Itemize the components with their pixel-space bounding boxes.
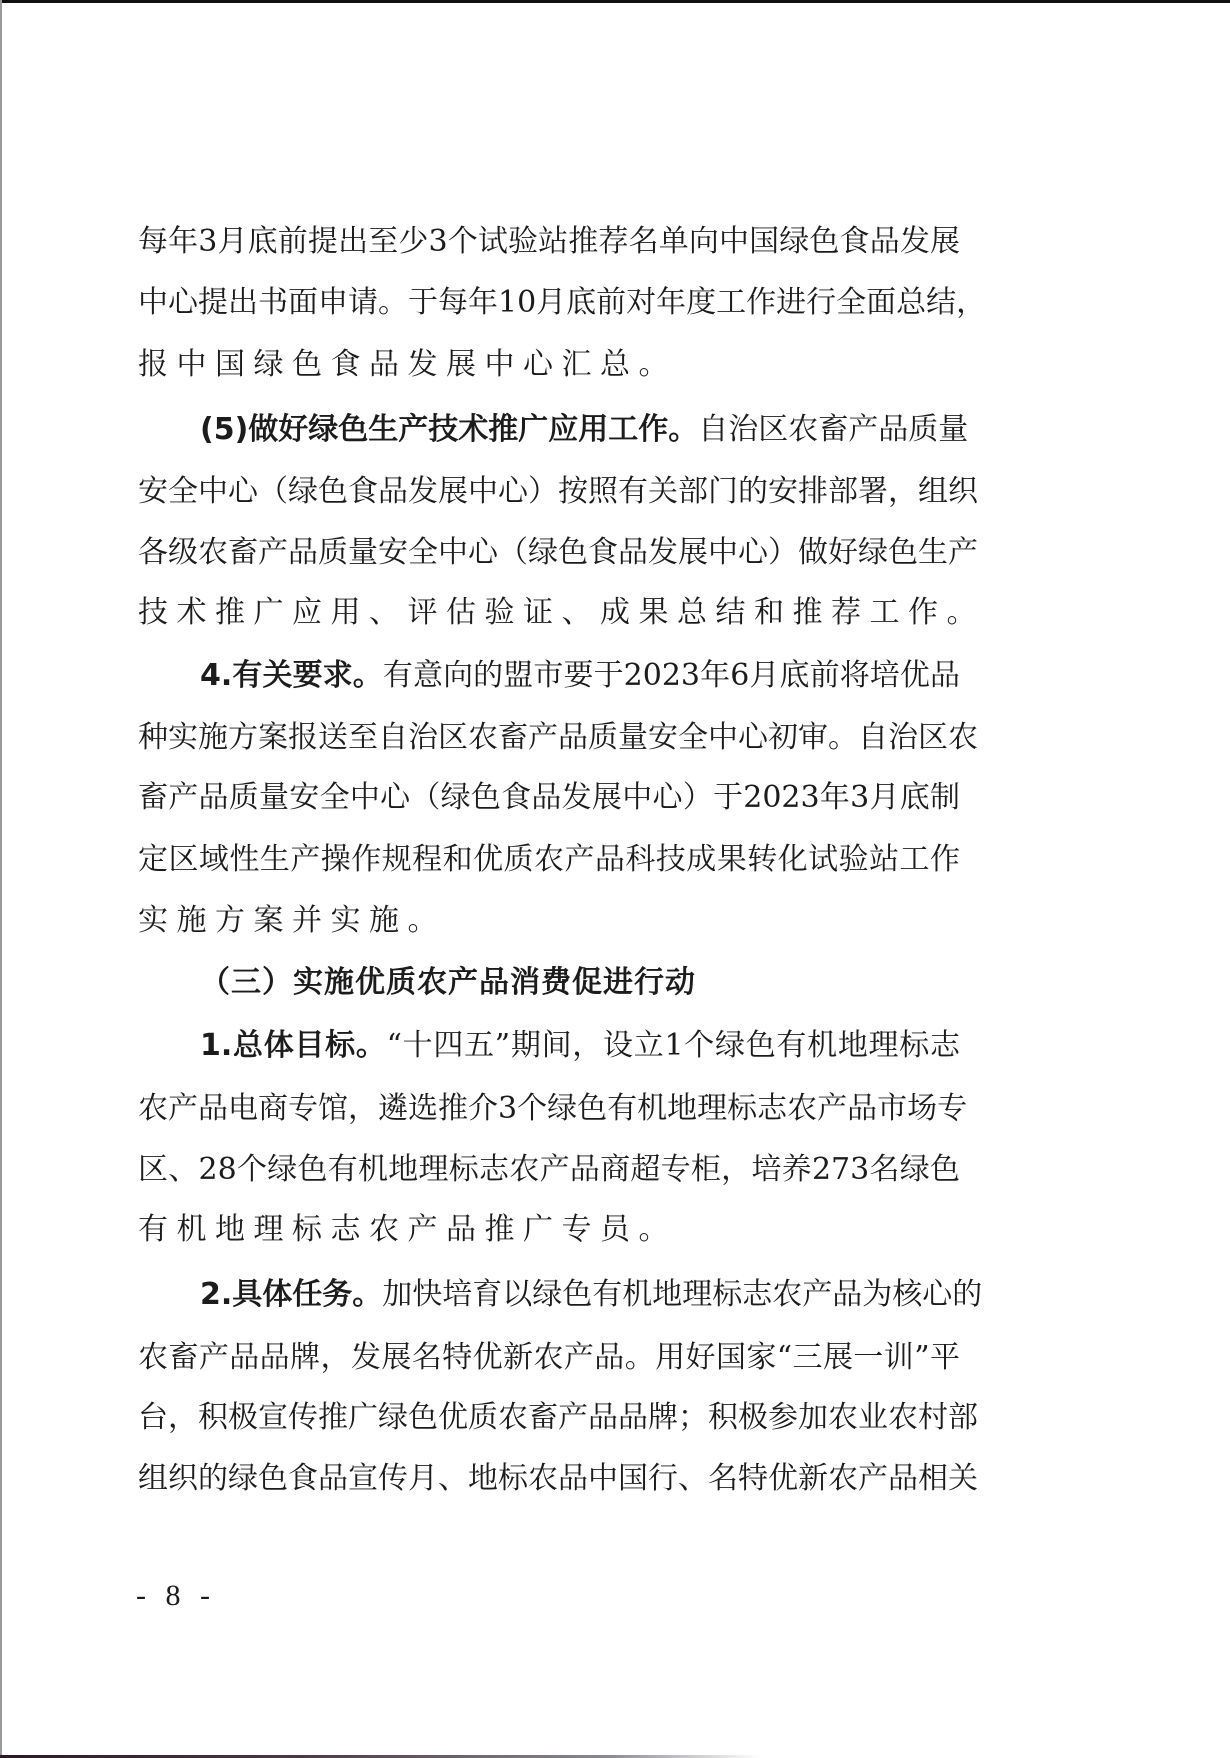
line-text: 报中国绿色食品发展中心汇总。 (138, 347, 677, 382)
line-text: 有意向的盟市要于2023年6月底前将培优品 (383, 658, 960, 693)
line-text: 农畜产品品牌，发展名特优新农产品。用好国家“三展一训”平 (138, 1340, 960, 1375)
line-text: 定区域性生产操作规程和优质农产品科技成果转化试验站工作 (138, 842, 960, 877)
paragraph-line: 技术推广应用、评估验证、成果总结和推荐工作。 (138, 589, 960, 637)
item-heading: (5)做好绿色生产技术推广应用工作。 (200, 412, 698, 447)
line-text: 台，积极宣传推广绿色优质农畜产品品牌；积极参加农业农村部 (138, 1400, 978, 1435)
paragraph-line: 1.总体目标。“十四五”期间，设立1个绿色有机地理标志 (138, 1022, 960, 1070)
paragraph-line: 有机地理标志农产品推广专员。 (138, 1206, 960, 1254)
line-text: 各级农畜产品质量安全中心（绿色食品发展中心）做好绿色生产 (138, 535, 978, 570)
line-text: 组织的绿色食品宣传月、地标农品中国行、名特优新农产品相关 (138, 1461, 978, 1496)
paragraph-line: 农畜产品品牌，发展名特优新农产品。用好国家“三展一训”平 (138, 1334, 960, 1382)
line-text: 有机地理标志农产品推广专员。 (138, 1212, 677, 1247)
line-text: 种实施方案报送至自治区农畜产品质量安全中心初审。自治区农 (138, 720, 978, 755)
line-text: 区、28个绿色有机地理标志农产品商超专柜，培养273名绿色 (138, 1152, 960, 1187)
paragraph-line: 每年3月底前提出至少3个试验站推荐名单向中国绿色食品发展 (138, 218, 960, 266)
section-title: （三）实施优质农产品消费促进行动 (200, 965, 696, 1000)
paragraph-line: (5)做好绿色生产技术推广应用工作。自治区农畜产品质量 (138, 406, 960, 454)
line-text: 中心提出书面申请。于每年10月底前对年度工作进行全面总结， (138, 285, 986, 320)
line-text: 自治区农畜产品质量 (698, 412, 968, 447)
paragraph-line: 农产品电商专馆，遴选推介3个绿色有机地理标志农产品市场专 (138, 1085, 960, 1133)
item-heading: 1.总体目标。 (200, 1028, 387, 1063)
paragraph-line: 定区域性生产操作规程和优质农产品科技成果转化试验站工作 (138, 836, 960, 884)
line-text: 农产品电商专馆，遴选推介3个绿色有机地理标志农产品市场专 (138, 1091, 967, 1126)
item-heading: 4.有关要求。 (200, 658, 383, 693)
paragraph-line: 报中国绿色食品发展中心汇总。 (138, 341, 960, 389)
scan-edge-left (0, 0, 2, 1758)
line-text: 实施方案并实施。 (138, 903, 446, 938)
paragraph-line: 安全中心（绿色食品发展中心）按照有关部门的安排部署，组织 (138, 468, 960, 516)
paragraph-line: 畜产品质量安全中心（绿色食品发展中心）于2023年3月底制 (138, 774, 960, 822)
line-text: 加快培育以绿色有机地理标志农产品为核心的 (382, 1277, 982, 1312)
paragraph-line: 中心提出书面申请。于每年10月底前对年度工作进行全面总结， (138, 279, 960, 327)
paragraph-line: 实施方案并实施。 (138, 897, 960, 945)
paragraph-line: 4.有关要求。有意向的盟市要于2023年6月底前将培优品 (138, 652, 960, 700)
line-text: 安全中心（绿色食品发展中心）按照有关部门的安排部署，组织 (138, 474, 978, 509)
section-heading: （三）实施优质农产品消费促进行动 (138, 959, 960, 1007)
line-text: 每年3月底前提出至少3个试验站推荐名单向中国绿色食品发展 (138, 224, 960, 259)
line-text: 技术推广应用、评估验证、成果总结和推荐工作。 (138, 595, 985, 630)
scan-edge-top (0, 0, 1230, 3)
line-text: “十四五”期间，设立1个绿色有机地理标志 (387, 1028, 960, 1063)
item-heading: 2.具体任务。 (200, 1277, 382, 1312)
paragraph-line: 组织的绿色食品宣传月、地标农品中国行、名特优新农产品相关 (138, 1455, 960, 1503)
paragraph-line: 台，积极宣传推广绿色优质农畜产品品牌；积极参加农业农村部 (138, 1394, 960, 1442)
line-text: 畜产品质量安全中心（绿色食品发展中心）于2023年3月底制 (138, 780, 960, 815)
page-number: - 8 - (136, 1576, 216, 1616)
paragraph-line: 2.具体任务。加快培育以绿色有机地理标志农产品为核心的 (138, 1271, 960, 1319)
paragraph-line: 区、28个绿色有机地理标志农产品商超专柜，培养273名绿色 (138, 1146, 960, 1194)
paragraph-line: 各级农畜产品质量安全中心（绿色食品发展中心）做好绿色生产 (138, 529, 960, 577)
paragraph-line: 种实施方案报送至自治区农畜产品质量安全中心初审。自治区农 (138, 714, 960, 762)
